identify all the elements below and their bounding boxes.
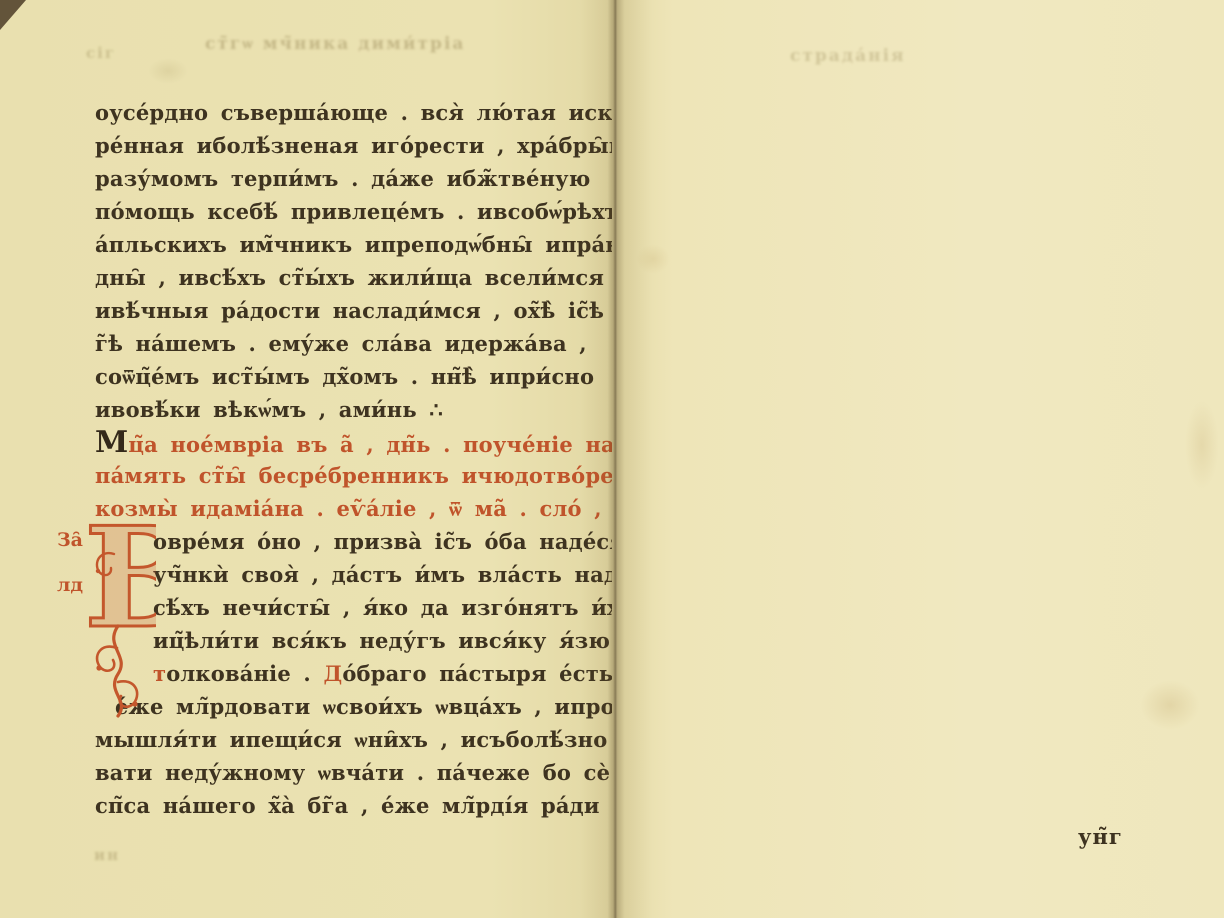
text-segment: ивовѣ́ки вѣкѡ́мъ , ами́нь ∴ <box>95 397 443 422</box>
text-line: разу́момъ терпи́мъ . да́же ибж̃тве́ную <box>95 162 607 195</box>
text-line: ивѣ́чныя ра́дости наслади́мся , ох̃ѣ̀ іс… <box>95 294 607 327</box>
text-segment: М <box>95 425 128 460</box>
text-segment: соѿц̃е́мъ ист̃ы́мъ дх̃омъ . нн̃ѣ̀ ипри́с… <box>95 364 594 389</box>
rubric-line: па́мять ст̃ы̑ бесре́бренникъ ичюдотво́ре… <box>95 459 607 492</box>
left-page-text: оусе́рдно съверша́юще . вся̀ лю́тая иско… <box>95 96 607 822</box>
text-line: е́же мл̃рдовати ѡсвои́хъ ѡвца́хъ , ипро <box>95 690 607 723</box>
text-line: дны̑ , ивсѣ́хъ ст̃ы́хъ жили́ща всели́мся… <box>95 261 607 294</box>
text-line: толкова́ніе . До́браго па́стыря е́сть <box>95 657 607 690</box>
bleed-through-text: страда́нія <box>790 46 906 66</box>
bleed-through-text: ин <box>94 846 120 864</box>
text-segment: г̃ѣ на́шемъ . ему́же сла́ва идержа́ва , <box>95 331 587 356</box>
text-line: оусе́рдно съверша́юще . вся̀ лю́тая иско… <box>95 96 607 129</box>
text-line: сѣ́хъ нечи́сты̑ , я́ко да изго́нятъ и́хъ… <box>95 591 607 624</box>
ornate-initial-icon: В <box>84 514 156 732</box>
text-line: сп̃са на́шего х̃а̀ бг̃а , е́же мл̃рді́я … <box>95 789 607 822</box>
book-scan: оусе́рдно съверша́юще . вся̀ лю́тая иско… <box>0 0 1224 918</box>
text-segment: овре́мя о́но , призва̀ іс̃ъ о́ба наде́ся… <box>153 529 652 554</box>
text-line: а́пльскихъ им̃чникъ ипреподѡ́бны̑ ипра́в… <box>95 228 607 261</box>
text-segment: сп̃са на́шего х̃а̀ бг̃а , е́же мл̃рді́я … <box>95 793 675 818</box>
text-line: мышля́ти ипещи́ся ѡни̑хъ , исъболѣ́зно <box>95 723 607 756</box>
drop-cap-letter: В <box>84 514 156 659</box>
rubric-line: козмы̀ идаміа́на . еѵ̃а́ліе , ѿ ма̃ . сл… <box>95 492 607 525</box>
rubric-line: Мц̃а ное́мвріа въ а̃ , дн̃ь . поуче́ніе … <box>95 426 607 459</box>
text-segment: ре́нная иболѣ́зненая иго́рести , хра́бры… <box>95 133 627 158</box>
text-segment: о́браго па́стыря е́сть <box>342 661 613 686</box>
text-line: иц̃ѣли́ти вся́къ неду́гъ ився́ку я́зю . <box>95 624 607 657</box>
text-segment: а́пльскихъ им̃чникъ ипреподѡ́бны̑ ипра́в… <box>95 232 634 257</box>
text-segment: вати неду́жному ѡвча́ти . па́чеже бо сѐ … <box>95 760 630 785</box>
bleed-through-text: ст̃гѡ мч̃ника дими́тріа <box>205 34 445 54</box>
text-segment: по́мощь ксебѣ́ привлеце́мъ . ивсобѡ́рѣхъ <box>95 199 621 224</box>
bleed-through-text: сіг <box>86 44 116 62</box>
text-line: ре́нная иболѣ́зненая иго́рести , хра́бры… <box>95 129 607 162</box>
text-segment: козмы̀ идаміа́на . еѵ̃а́ліе , ѿ ма̃ . сл… <box>95 496 664 521</box>
text-segment: иц̃ѣли́ти вся́къ неду́гъ ився́ку я́зю . <box>153 628 630 653</box>
drop-cap-initial: В <box>84 514 156 732</box>
left-page: оусе́рдно съверша́юще . вся̀ лю́тая иско… <box>0 0 612 918</box>
text-line: ивовѣ́ки вѣкѡ́мъ , ами́нь ∴ <box>95 393 607 426</box>
text-segment: ц̃а ное́мвріа въ а̃ , дн̃ь . поуче́ніе н… <box>128 432 614 457</box>
text-line: уч̃нкѝ своя̀ , да́стъ и́мъ вла́сть наду́ <box>95 558 607 591</box>
text-line: овре́мя о́но , призва̀ іс̃ъ о́ба наде́ся… <box>95 525 607 558</box>
text-segment: дны̑ , ивсѣ́хъ ст̃ы́хъ жили́ща всели́мся… <box>95 265 624 290</box>
text-line: по́мощь ксебѣ́ привлеце́мъ . ивсобѡ́рѣхъ <box>95 195 607 228</box>
text-line: г̃ѣ на́шемъ . ему́же сла́ва идержа́ва , <box>95 327 607 360</box>
text-segment: мышля́ти ипещи́ся ѡни̑хъ , исъболѣ́зно <box>95 727 607 752</box>
text-segment: разу́момъ терпи́мъ . да́же ибж̃тве́ную <box>95 166 591 191</box>
text-segment: олкова́ніе . <box>166 661 323 686</box>
text-segment: сѣ́хъ нечи́сты̑ , я́ко да изго́нятъ и́хъ… <box>153 595 656 620</box>
text-segment: е́же мл̃рдовати ѡсвои́хъ ѡвца́хъ , ипро <box>115 694 615 719</box>
text-segment: оусе́рдно съверша́юще . вся̀ лю́тая иско… <box>95 100 627 125</box>
text-segment: уч̃нкѝ своя̀ , да́стъ и́мъ вла́сть наду́ <box>153 562 632 587</box>
text-segment: па́мять ст̃ы̑ бесре́бренникъ ичюдотво́ре… <box>95 463 646 488</box>
right-page: въчл̃чи́вшася . іобрати́ти на́съ заблу́ж… <box>612 0 1224 918</box>
text-segment: ивѣ́чныя ра́дости наслади́мся , ох̃ѣ̀ іс… <box>95 298 604 323</box>
text-line: соѿц̃е́мъ ист̃ы́мъ дх̃омъ . нн̃ѣ̀ ипри́с… <box>95 360 607 393</box>
text-segment: Д <box>323 661 342 686</box>
text-line: вати неду́жному ѡвча́ти . па́чеже бо сѐ … <box>95 756 607 789</box>
signature-mark: ун̃г <box>1078 824 1123 849</box>
